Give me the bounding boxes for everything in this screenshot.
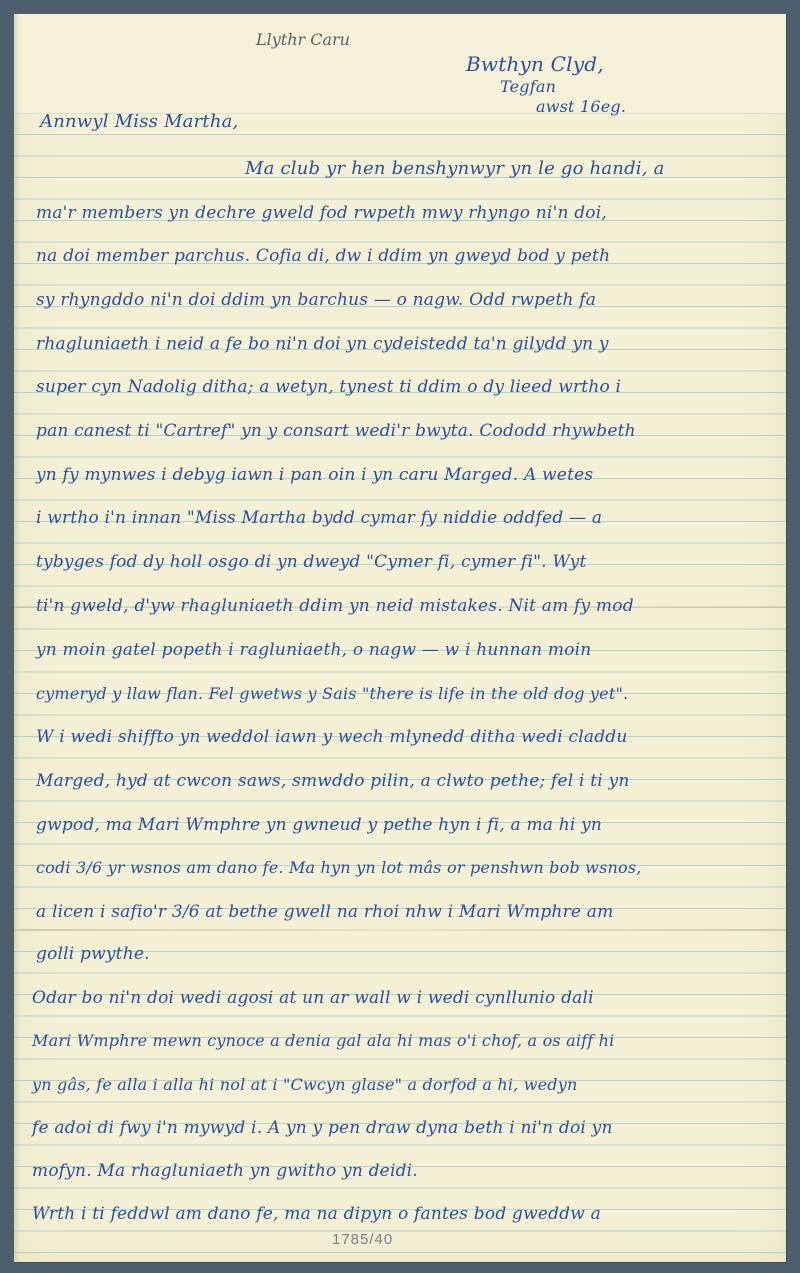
body-line: mofyn. Ma rhagluniaeth yn gwitho yn deid…: [32, 1161, 418, 1181]
body-line: tybyges fod dy holl osgo di yn dweyd "Cy…: [36, 552, 587, 572]
address-line-1: Bwthyn Clyd,: [466, 52, 604, 76]
body-line: ma'r members yn dechre gweld fod rwpeth …: [36, 203, 607, 223]
pencil-annotation: Llythr Caru: [256, 30, 350, 49]
body-line: a licen i safio'r 3/6 at bethe gwell na …: [36, 902, 613, 922]
body-line: codi 3/6 yr wsnos am dano fe. Ma hyn yn …: [36, 858, 642, 877]
body-line: sy rhyngddo ni'n doi ddim yn barchus — o…: [36, 290, 596, 310]
body-line: Marged, hyd at cwcon saws, smwddo pilin,…: [36, 771, 629, 791]
fold-crease: [14, 929, 786, 931]
body-line: ti'n gweld, d'yw rhagluniaeth ddim yn ne…: [36, 596, 634, 616]
body-line: Ma club yr hen benshynwyr yn le go handi…: [245, 158, 665, 179]
body-line: yn gâs, fe alla i alla hi nol at i "Cwcy…: [32, 1075, 578, 1094]
paper-edge: [14, 14, 20, 1262]
body-line: Wrth i ti feddwl am dano fe, ma na dipyn…: [32, 1204, 601, 1224]
salutation: Annwyl Miss Martha,: [40, 111, 238, 132]
body-line: cymeryd y llaw flan. Fel gwetws y Sais "…: [36, 684, 628, 703]
body-line: super cyn Nadolig ditha; a wetyn, tynest…: [36, 377, 621, 397]
archive-number: 1785/40: [332, 1231, 393, 1248]
body-line: yn moin gatel popeth i ragluniaeth, o na…: [36, 640, 591, 660]
body-line: Odar bo ni'n doi wedi agosi at un ar wal…: [32, 988, 594, 1008]
letter-page: Llythr Caru Bwthyn Clyd, Tegfan awst 16e…: [14, 14, 786, 1262]
body-line: golli pwythe.: [36, 944, 150, 964]
body-line: gwpod, ma Mari Wmphre yn gwneud y pethe …: [36, 815, 602, 835]
body-line: yn fy mynwes i debyg iawn i pan oin i yn…: [36, 465, 593, 485]
body-line: W i wedi shiffto yn weddol iawn y wech m…: [36, 727, 628, 747]
body-line: na doi member parchus. Cofia di, dw i dd…: [36, 246, 610, 266]
body-line: pan canest ti "Cartref" yn y consart wed…: [36, 421, 636, 441]
body-line: Mari Wmphre mewn cynoce a denia gal ala …: [32, 1031, 615, 1050]
body-line: fe adoi di fwy i'n mywyd i. A yn y pen d…: [32, 1118, 613, 1138]
address-line-2: Tegfan: [500, 77, 556, 96]
body-line: i wrtho i'n innan "Miss Martha bydd cyma…: [36, 508, 602, 528]
body-line: rhagluniaeth i neid a fe bo ni'n doi yn …: [36, 334, 609, 354]
address-date: awst 16eg.: [536, 97, 626, 116]
